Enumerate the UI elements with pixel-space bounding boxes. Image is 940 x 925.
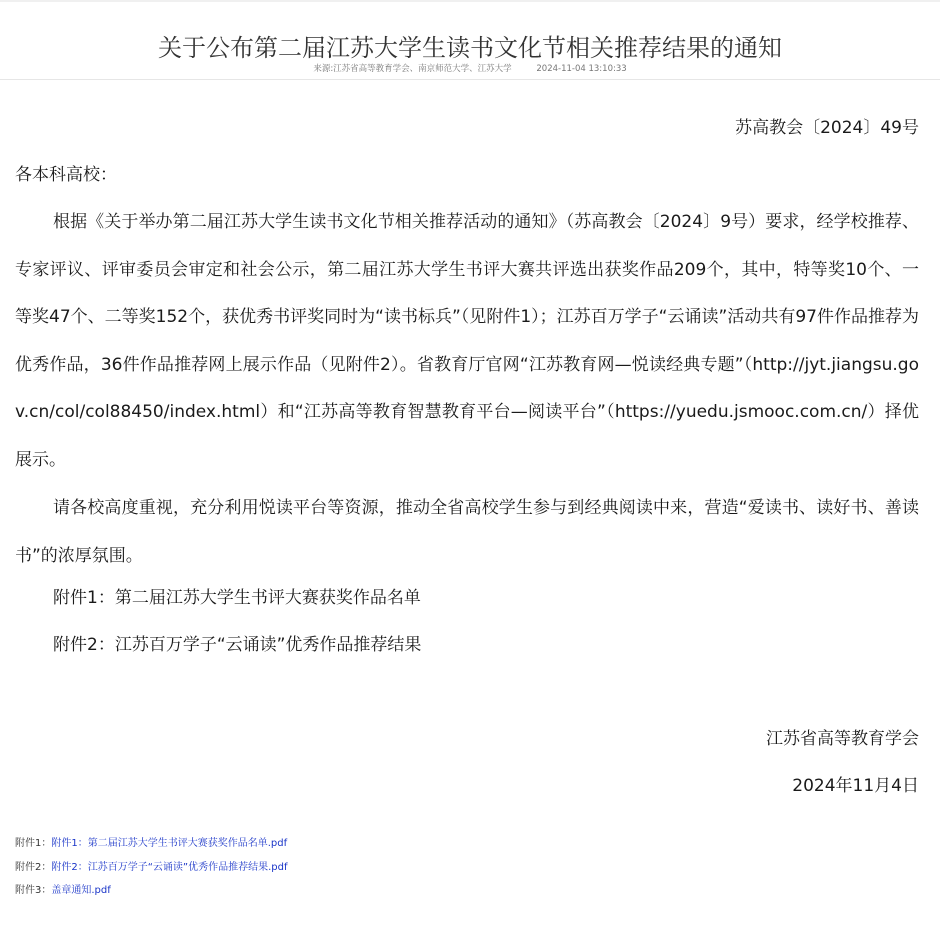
attachment-item: 附件3：盖章通知.pdf — [15, 882, 288, 906]
salutation: 各本科高校： — [15, 163, 117, 187]
attachment-link-2[interactable]: 附件2：江苏百万学子“云诵读”优秀作品推荐结果.pdf — [51, 862, 287, 873]
article-header: 关于公布第二届江苏大学生读书文化节相关推荐结果的通知 来源:江苏省高等教育学会、… — [0, 0, 940, 80]
article-source: 来源:江苏省高等教育学会、南京师范大学、江苏大学 — [313, 64, 511, 74]
body-paragraph: 根据《关于举办第二届江苏大学生读书文化节相关推荐活动的通知》（苏高教会〔2024… — [15, 199, 919, 484]
attachment-link-1[interactable]: 附件1：第二届江苏大学生书评大赛获奖作品名单.pdf — [51, 838, 287, 849]
publish-datetime: 2024-11-04 13:10:33 — [536, 64, 626, 74]
attachment-link-3[interactable]: 盖章通知.pdf — [51, 885, 110, 896]
attachment-label: 附件1： — [15, 838, 51, 849]
body-paragraph: 请各校高度重视，充分利用悦读平台等资源，推动全省高校学生参与到经典阅读中来，营造… — [15, 485, 919, 580]
document-number: 苏高教会〔2024〕49号 — [735, 116, 919, 140]
attachment-reference: 附件1：第二届江苏大学生书评大赛获奖作品名单 — [53, 586, 421, 610]
attachment-label: 附件3： — [15, 885, 51, 896]
signature-organization: 江苏省高等教育学会 — [766, 727, 919, 751]
page-title: 关于公布第二届江苏大学生读书文化节相关推荐结果的通知 — [0, 30, 940, 66]
article-meta: 来源:江苏省高等教育学会、南京师范大学、江苏大学 2024-11-04 13:1… — [0, 63, 940, 75]
attachment-item: 附件1：附件1：第二届江苏大学生书评大赛获奖作品名单.pdf — [15, 835, 288, 859]
signature-date: 2024年11月4日 — [792, 774, 919, 798]
attachment-label: 附件2： — [15, 862, 51, 873]
attachment-item: 附件2：附件2：江苏百万学子“云诵读”优秀作品推荐结果.pdf — [15, 859, 288, 883]
attachment-reference: 附件2：江苏百万学子“云诵读”优秀作品推荐结果 — [53, 633, 421, 657]
attachment-list: 附件1：附件1：第二届江苏大学生书评大赛获奖作品名单.pdf 附件2：附件2：江… — [15, 835, 288, 906]
